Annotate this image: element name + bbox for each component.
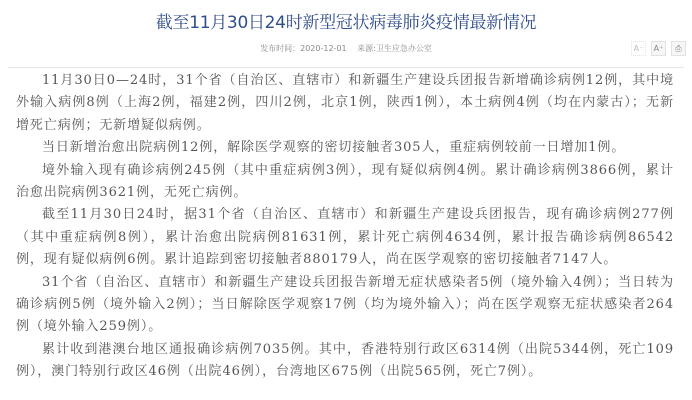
publish-date-label: 发布时间：2020-12-01 (260, 44, 347, 53)
font-decrease-button[interactable]: A⁻ (631, 41, 646, 56)
print-icon: ⎙ (675, 44, 681, 54)
paragraph-asymptomatic: 31个省（自治区、直辖市）和新疆生产建设兵团报告新增无症状感染者5例（境外输入4… (16, 272, 674, 339)
article-body: 11月30日0—24时，31个省（自治区、直辖市）和新疆生产建设兵团报告新增确诊… (16, 70, 674, 384)
page-title: 截至11月30日24时新型冠状病毒肺炎疫情最新情况 (0, 8, 692, 33)
source-label: 来源:卫生应急办公室 (357, 44, 432, 53)
paragraph-imported-cases: 境外输入现有确诊病例245例（其中重症病例3例），现有疑似病例4例。累计确诊病例… (16, 160, 674, 205)
font-decrease-icon: A⁻ (634, 44, 644, 53)
header-divider (8, 67, 684, 68)
font-increase-button[interactable]: A⁺ (651, 41, 666, 56)
paragraph-recoveries: 当日新增治愈出院病例12例，解除医学观察的密切接触者305人，重症病例较前一日增… (16, 137, 674, 159)
font-increase-icon: A⁺ (654, 44, 664, 53)
print-button[interactable]: ⎙ (671, 41, 686, 56)
paragraph-cumulative: 截至11月30日24时，据31个省（自治区、直辖市）和新疆生产建设兵团报告，现有… (16, 204, 674, 271)
article-tools: A⁻ A⁺ ⎙ (631, 41, 686, 56)
publish-date: 2020-12-01 (300, 44, 347, 53)
article-meta: 发布时间：2020-12-01 来源:卫生应急办公室 (0, 43, 692, 54)
source-name: 卫生应急办公室 (376, 44, 432, 53)
paragraph-hk-macao-taiwan: 累计收到港澳台地区通报确诊病例7035例。其中，香港特别行政区6314例（出院5… (16, 339, 674, 384)
paragraph-new-cases: 11月30日0—24时，31个省（自治区、直辖市）和新疆生产建设兵团报告新增确诊… (16, 70, 674, 137)
